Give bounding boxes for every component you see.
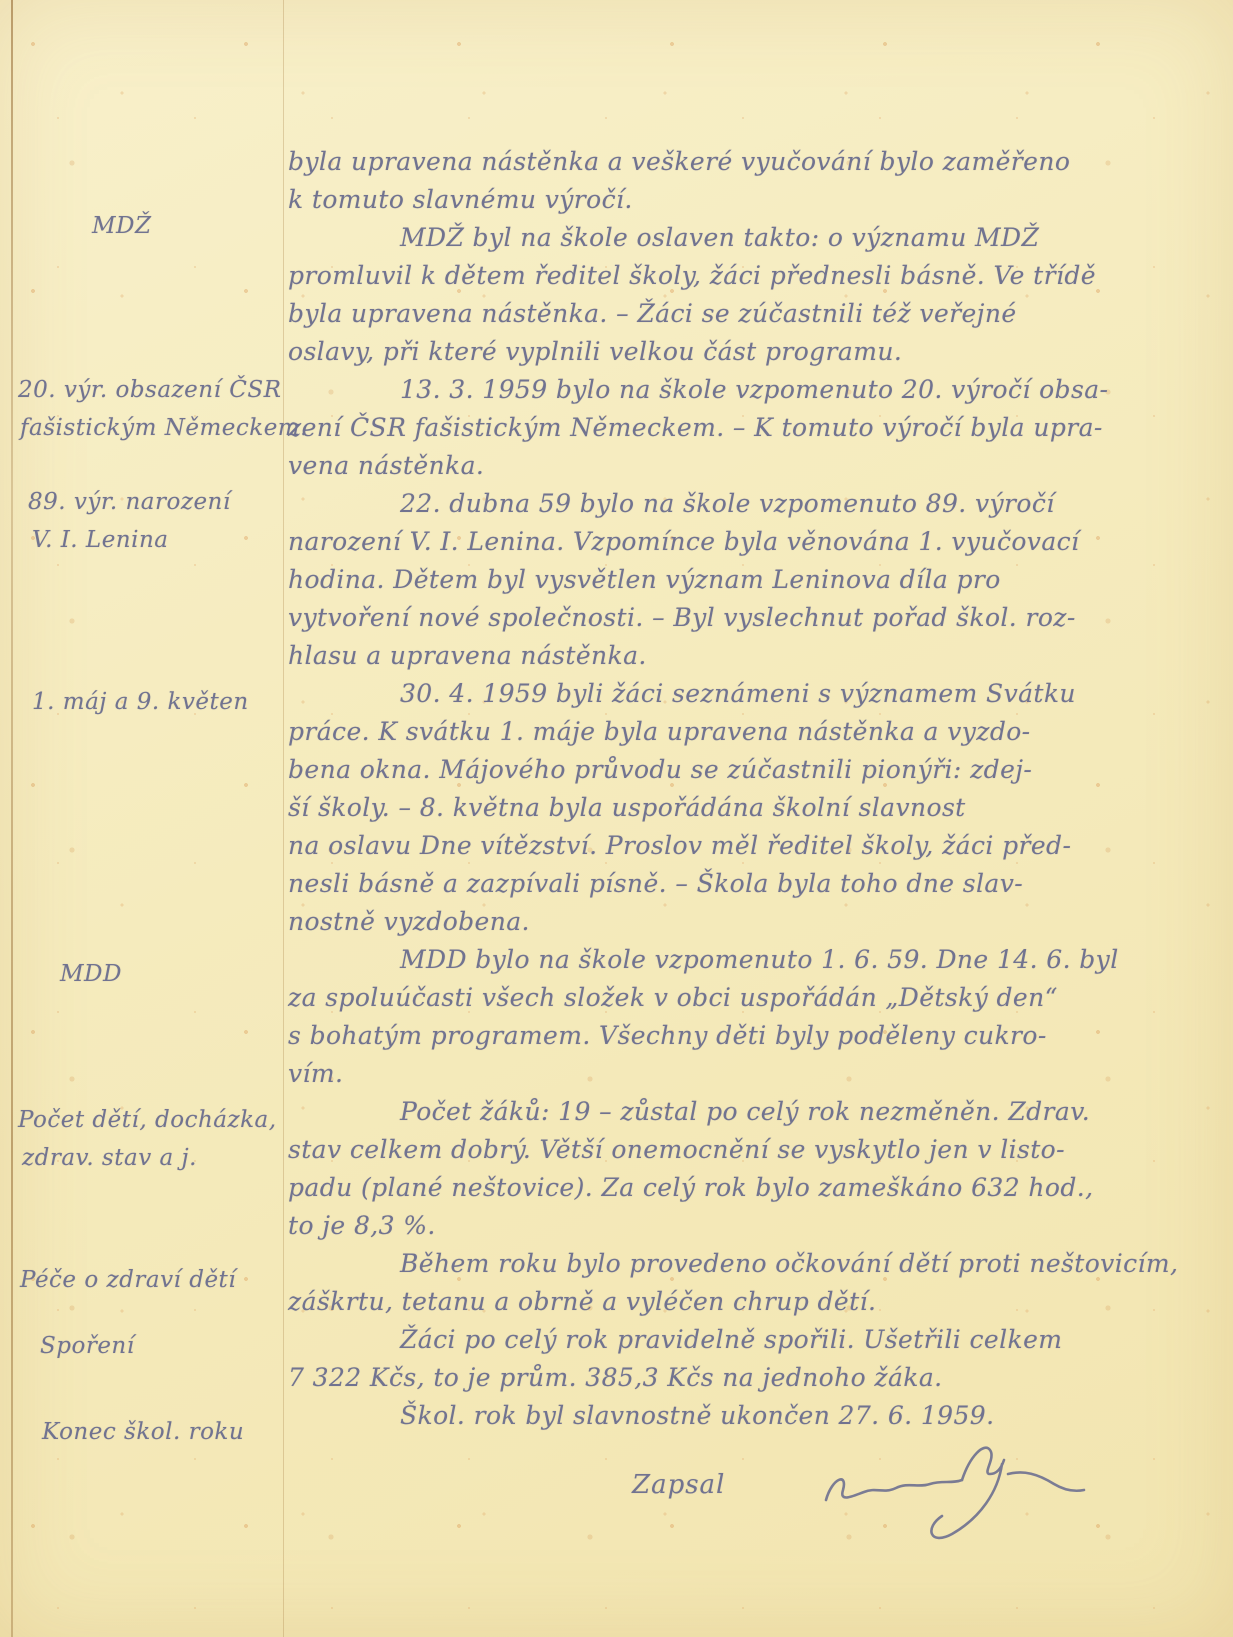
body-line: ší školy. – 8. května byla uspořádána šk… <box>288 789 1228 827</box>
body-line: hodina. Dětem byl vysvětlen význam Lenin… <box>288 561 1228 599</box>
body-line: byla upravena nástěnka. – Žáci se zúčast… <box>288 295 1228 333</box>
margin-note-pocet-deti: Počet dětí, docházka, <box>18 1104 277 1136</box>
body-line: Žáci po celý rok pravidelně spořili. Uše… <box>288 1321 1228 1359</box>
chronicle-page: MDŽ 20. výr. obsazení ČSR fašistickým Ně… <box>0 0 1233 1637</box>
page-binding-edge <box>0 0 16 1637</box>
margin-note-pocet-deti-2: zdrav. stav a j. <box>22 1142 197 1174</box>
body-line: promluvil k dětem ředitel školy, žáci př… <box>288 257 1228 295</box>
body-line: MDŽ byl na škole oslaven takto: o význam… <box>288 219 1228 257</box>
body-line: s bohatým programem. Všechny děti byly p… <box>288 1017 1228 1055</box>
body-line: narození V. I. Lenina. Vzpomínce byla vě… <box>288 523 1228 561</box>
body-line: to je 8,3 %. <box>288 1207 1228 1245</box>
body-line: za spoluúčasti všech složek v obci uspoř… <box>288 979 1228 1017</box>
body-line: vena nástěnka. <box>288 447 1228 485</box>
signature-caption: Zapsal <box>632 1470 725 1500</box>
body-line: 13. 3. 1959 bylo na škole vzpomenuto 20.… <box>288 371 1228 409</box>
signature-svg <box>812 1430 1112 1560</box>
signature-scribble <box>812 1430 1112 1564</box>
margin-note-mdd: MDD <box>60 958 122 990</box>
body-line: práce. K svátku 1. máje byla upravena ná… <box>288 713 1228 751</box>
body-line: zení ČSR fašistickým Německem. – K tomut… <box>288 409 1228 447</box>
body-line: MDD bylo na škole vzpomenuto 1. 6. 59. D… <box>288 941 1228 979</box>
body-line: Počet žáků: 19 – zůstal po celý rok nezm… <box>288 1093 1228 1131</box>
closing-row: Zapsal <box>0 1460 1233 1600</box>
margin-note-mdz: MDŽ <box>92 210 151 242</box>
margin-note-sporeni: Spoření <box>40 1330 135 1362</box>
body-line: 30. 4. 1959 byli žáci seznámeni s význam… <box>288 675 1228 713</box>
body-line: bena okna. Májového průvodu se zúčastnil… <box>288 751 1228 789</box>
body-line: vím. <box>288 1055 1228 1093</box>
body-line: hlasu a upravena nástěnka. <box>288 637 1228 675</box>
page-binding-line <box>11 0 13 1637</box>
body-line: Během roku bylo provedeno očkování dětí … <box>288 1245 1228 1283</box>
body-line: 7 322 Kčs, to je prům. 385,3 Kčs na jedn… <box>288 1359 1228 1397</box>
body-line: na oslavu Dne vítězství. Proslov měl řed… <box>288 827 1228 865</box>
body-line: padu (plané neštovice). Za celý rok bylo… <box>288 1169 1228 1207</box>
margin-note-pece-o-zdravi: Péče o zdraví dětí <box>20 1264 236 1296</box>
margin-note-20-vyroci-2: fašistickým Německem. <box>20 412 308 444</box>
body-line: nostně vyzdobena. <box>288 903 1228 941</box>
body-line: byla upravena nástěnka a veškeré vyučová… <box>288 143 1228 181</box>
body-line: 22. dubna 59 bylo na škole vzpomenuto 89… <box>288 485 1228 523</box>
margin-note-1-maj: 1. máj a 9. květen <box>32 686 249 718</box>
margin-rule-line <box>283 0 284 1637</box>
body-line: nesli básně a zazpívali písně. – Škola b… <box>288 865 1228 903</box>
body-line: oslavy, při které vyplnili velkou část p… <box>288 333 1228 371</box>
margin-note-20-vyroci: 20. výr. obsazení ČSR <box>18 374 281 406</box>
margin-note-89-vyroci: 89. výr. narození <box>28 486 231 518</box>
margin-note-89-vyroci-2: V. I. Lenina <box>32 524 169 556</box>
margin-note-konec-roku: Konec škol. roku <box>42 1416 244 1448</box>
body-line: záškrtu, tetanu a obrně a vyléčen chrup … <box>288 1283 1228 1321</box>
body-line: vytvoření nové společnosti. – Byl vyslec… <box>288 599 1228 637</box>
body-line: stav celkem dobrý. Větší onemocnění se v… <box>288 1131 1228 1169</box>
body-line: k tomuto slavnému výročí. <box>288 181 1228 219</box>
body-text: byla upravena nástěnka a veškeré vyučová… <box>288 143 1228 1435</box>
